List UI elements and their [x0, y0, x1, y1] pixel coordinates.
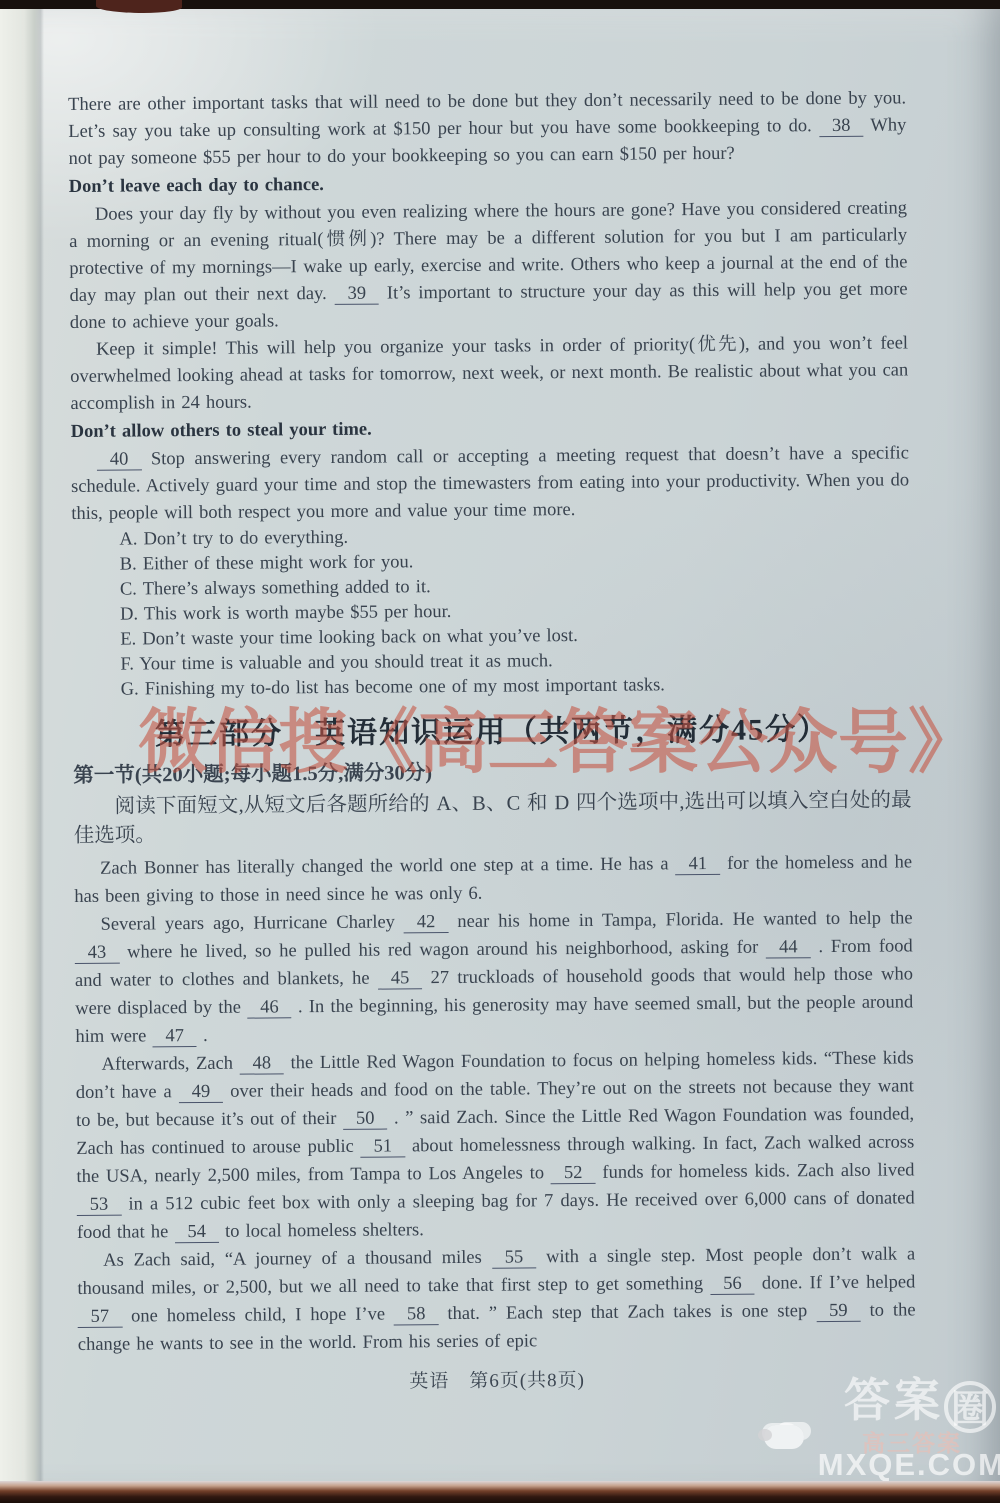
section-subtitle: 第一节(共20小题;每小题1.5分,满分30分) [73, 754, 911, 791]
cloze-blank-51: 51 [361, 1137, 406, 1157]
cloze-blank-43: 43 [75, 944, 120, 964]
cloze-blank-53: 53 [77, 1196, 122, 1216]
photographed-exam-page: There are other important tasks that wil… [0, 0, 1000, 1503]
table-surface-bottom [0, 1481, 1000, 1503]
cloze-blank-38: 38 [819, 117, 864, 137]
cloze-blank-57: 57 [78, 1308, 123, 1328]
underlying-page-edge [0, 9, 44, 1489]
passage-paragraph: There are other important tasks that wil… [68, 85, 907, 173]
passage-paragraph: Does your day fly by without you even re… [69, 195, 908, 337]
cloze-blank-47: 47 [152, 1027, 197, 1047]
cloze-blank-59: 59 [816, 1302, 861, 1322]
cloze-blank-46: 46 [247, 998, 292, 1018]
passage-paragraph: Afterwards, Zach 48 the Little Red Wagon… [76, 1044, 916, 1247]
passage-paragraph: Keep it simple! This will help you organ… [70, 330, 909, 418]
reading-passage: There are other important tasks that wil… [68, 85, 911, 703]
cloze-blank-41: 41 [675, 855, 720, 875]
cloze-passage: Zach Bonner has literally changed the wo… [74, 848, 916, 1359]
cloze-blank-56: 56 [710, 1275, 755, 1295]
cloze-blank-49: 49 [179, 1083, 224, 1103]
cloze-blank-55: 55 [492, 1248, 537, 1268]
passage-paragraph: Several years ago, Hurricane Charley 42 … [74, 904, 913, 1051]
page-content: There are other important tasks that wil… [68, 85, 916, 1398]
passage-paragraph: Zach Bonner has literally changed the wo… [74, 848, 912, 911]
cloze-blank-50: 50 [343, 1110, 388, 1130]
cloze-blank-48: 48 [240, 1054, 285, 1074]
cloze-blank-40: 40 [97, 450, 142, 470]
cloze-blank-39: 39 [334, 285, 379, 305]
cloze-blank-58: 58 [394, 1305, 439, 1325]
passage-paragraph: As Zach said, “A journey of a thousand m… [77, 1240, 916, 1359]
option-item: G. Finishing my to-do list has become on… [121, 671, 911, 702]
section-instructions: 阅读下面短文,从短文后各题所给的 A、B、C 和 D 四个选项中,选出可以填入空… [74, 786, 912, 851]
section-title: 第三部分 英语知识运用（共两节，满分45分） [73, 708, 911, 757]
passage-paragraph: 40 Stop answering every random call or a… [71, 440, 910, 528]
cloze-blank-42: 42 [404, 913, 449, 933]
cloze-blank-54: 54 [174, 1223, 219, 1243]
cloze-blank-44: 44 [766, 938, 811, 958]
cloze-blank-45: 45 [378, 969, 423, 989]
cloze-blank-52: 52 [551, 1164, 596, 1184]
